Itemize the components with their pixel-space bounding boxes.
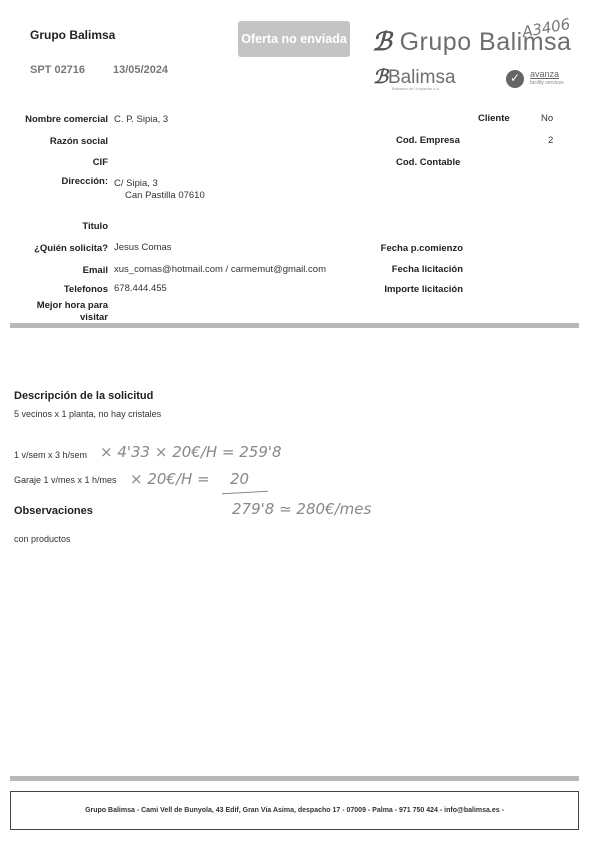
label-cod-contable: Cod. Contable: [396, 157, 460, 168]
label-fecha-licitacion: Fecha licitación: [293, 264, 463, 275]
observations-title: Observaciones: [14, 505, 93, 517]
label-fecha-comienzo: Fecha p.comienzo: [293, 243, 463, 254]
section-divider: [10, 323, 579, 328]
value-cliente: No: [541, 113, 553, 124]
avanza-tagline: facility services: [530, 80, 564, 86]
value-cod-empresa: 2: [548, 135, 553, 146]
value-telefonos: 678.444.455: [114, 283, 167, 294]
label-cod-empresa: Cod. Empresa: [396, 135, 460, 146]
check-circle-icon: [506, 70, 524, 88]
handwritten-calc-1: × 4'33 × 20€/H = 259'8: [100, 443, 282, 461]
value-direccion-line2: Can Pastilla 07610: [125, 190, 205, 201]
value-direccion: C/ Sipia, 3: [114, 178, 158, 189]
logo-sub-text: Balimsa: [388, 67, 456, 88]
label-razon-social: Razón social: [2, 136, 108, 147]
footer-divider: [10, 776, 579, 781]
document-code: SPT 02716: [30, 64, 85, 76]
label-nombre-comercial: Nombre comercial: [2, 114, 108, 125]
document-date: 13/05/2024: [113, 64, 168, 76]
avanza-name: avanza: [530, 69, 559, 79]
value-nombre-comercial: C. P. Sipia, 3: [114, 114, 168, 125]
description-line-2: 1 v/sem x 3 h/sem: [14, 450, 87, 460]
description-line-1: 5 vecinos x 1 planta, no hay cristales: [14, 409, 161, 419]
value-quien-solicita: Jesus Comas: [114, 242, 172, 253]
label-importe-licitacion: Importe licitación: [293, 284, 463, 295]
handwritten-sum-line: [222, 491, 268, 494]
label-cif: CIF: [2, 157, 108, 168]
balimsa-b-icon: ℬ: [372, 28, 392, 56]
label-direccion: Dirección:: [2, 176, 108, 187]
footer-text: Grupo Balimsa - Cami Vell de Bunyola, 43…: [85, 807, 504, 814]
handwritten-calc-2: × 20€/H =: [130, 470, 210, 488]
label-cliente: Cliente: [478, 113, 510, 124]
handwritten-total: 279'8 ≃ 280€/mes: [232, 500, 371, 518]
label-mejor-hora: Mejor hora para: [2, 300, 108, 311]
label-mejor-hora-line2: visitar: [2, 312, 108, 323]
description-line-3: Garaje 1 v/mes x 1 h/mes: [14, 475, 117, 485]
balimsa-b-icon: ℬ: [373, 67, 388, 88]
label-titulo: Titulo: [2, 221, 108, 232]
handwritten-calc-3: 20: [230, 470, 249, 488]
observations-text: con productos: [14, 534, 71, 544]
company-name: Grupo Balimsa: [30, 28, 115, 42]
description-title: Descripción de la solicitud: [14, 390, 153, 402]
status-badge: Oferta no enviada: [238, 21, 350, 57]
label-email: Email: [2, 265, 108, 276]
label-telefonos: Telefonos: [2, 284, 108, 295]
logo-sub-caption: Balcares de Limpiezas s.a.: [392, 86, 440, 91]
label-quien-solicita: ¿Quién solicita?: [2, 243, 108, 254]
footer-box: Grupo Balimsa - Cami Vell de Bunyola, 43…: [10, 791, 579, 830]
